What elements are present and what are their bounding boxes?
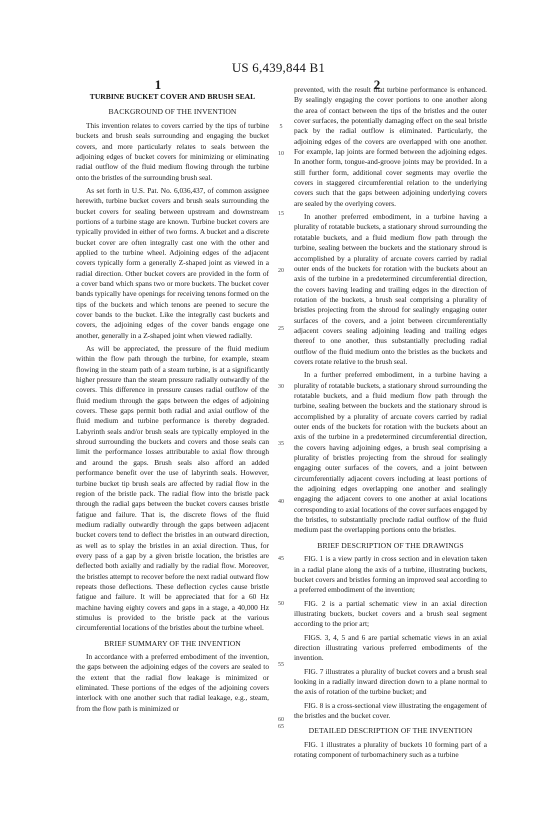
- document-title: TURBINE BUCKET COVER AND BRUSH SEAL: [76, 92, 269, 102]
- figure-description: FIGS. 3, 4, 5 and 6 are partial schemati…: [294, 633, 487, 664]
- paragraph: As will be appreciated, the pressure of …: [76, 344, 269, 634]
- line-number: 20: [275, 268, 287, 274]
- figure-description: FIG. 2 is a partial schematic view in an…: [294, 599, 487, 630]
- line-number: 30: [275, 384, 287, 390]
- line-number: 65: [275, 724, 287, 730]
- paragraph: FIG. 1 illustrates a plurality of bucket…: [294, 740, 487, 761]
- paragraph: As set forth in U.S. Pat. No. 6,036,437,…: [76, 186, 269, 341]
- section-heading-summary: BRIEF SUMMARY OF THE INVENTION: [76, 639, 269, 649]
- section-heading-drawings: BRIEF DESCRIPTION OF THE DRAWINGS: [294, 541, 487, 551]
- section-heading-detailed: DETAILED DESCRIPTION OF THE INVENTION: [294, 726, 487, 736]
- line-number: 45: [275, 556, 287, 562]
- line-number: 35: [275, 441, 287, 447]
- paragraph: prevented, with the result that turbine …: [294, 85, 487, 209]
- paragraph: This invention relates to covers carried…: [76, 121, 269, 183]
- patent-number: US 6,439,844 B1: [0, 60, 557, 76]
- figure-description: FIG. 1 is a view partly in cross section…: [294, 554, 487, 595]
- line-number: 60: [275, 717, 287, 723]
- paragraph: In accordance with a preferred embodimen…: [76, 652, 269, 714]
- column-number-left: 1: [148, 77, 168, 93]
- paragraph: In a further preferred embodiment, in a …: [294, 370, 487, 536]
- right-column: prevented, with the result that turbine …: [294, 85, 487, 763]
- line-number: 25: [275, 326, 287, 332]
- paragraph: In another preferred embodiment, in a tu…: [294, 212, 487, 367]
- line-number: 55: [275, 662, 287, 668]
- line-number: 40: [275, 499, 287, 505]
- left-column: TURBINE BUCKET COVER AND BRUSH SEAL BACK…: [76, 92, 269, 717]
- figure-description: FIG. 8 is a cross-sectional view illustr…: [294, 701, 487, 722]
- section-heading-background: BACKGROUND OF THE INVENTION: [76, 107, 269, 117]
- line-number: 5: [275, 124, 287, 130]
- line-number: 50: [275, 601, 287, 607]
- line-number: 10: [275, 151, 287, 157]
- line-number: 15: [275, 211, 287, 217]
- figure-description: FIG. 7 illustrates a plurality of bucket…: [294, 667, 487, 698]
